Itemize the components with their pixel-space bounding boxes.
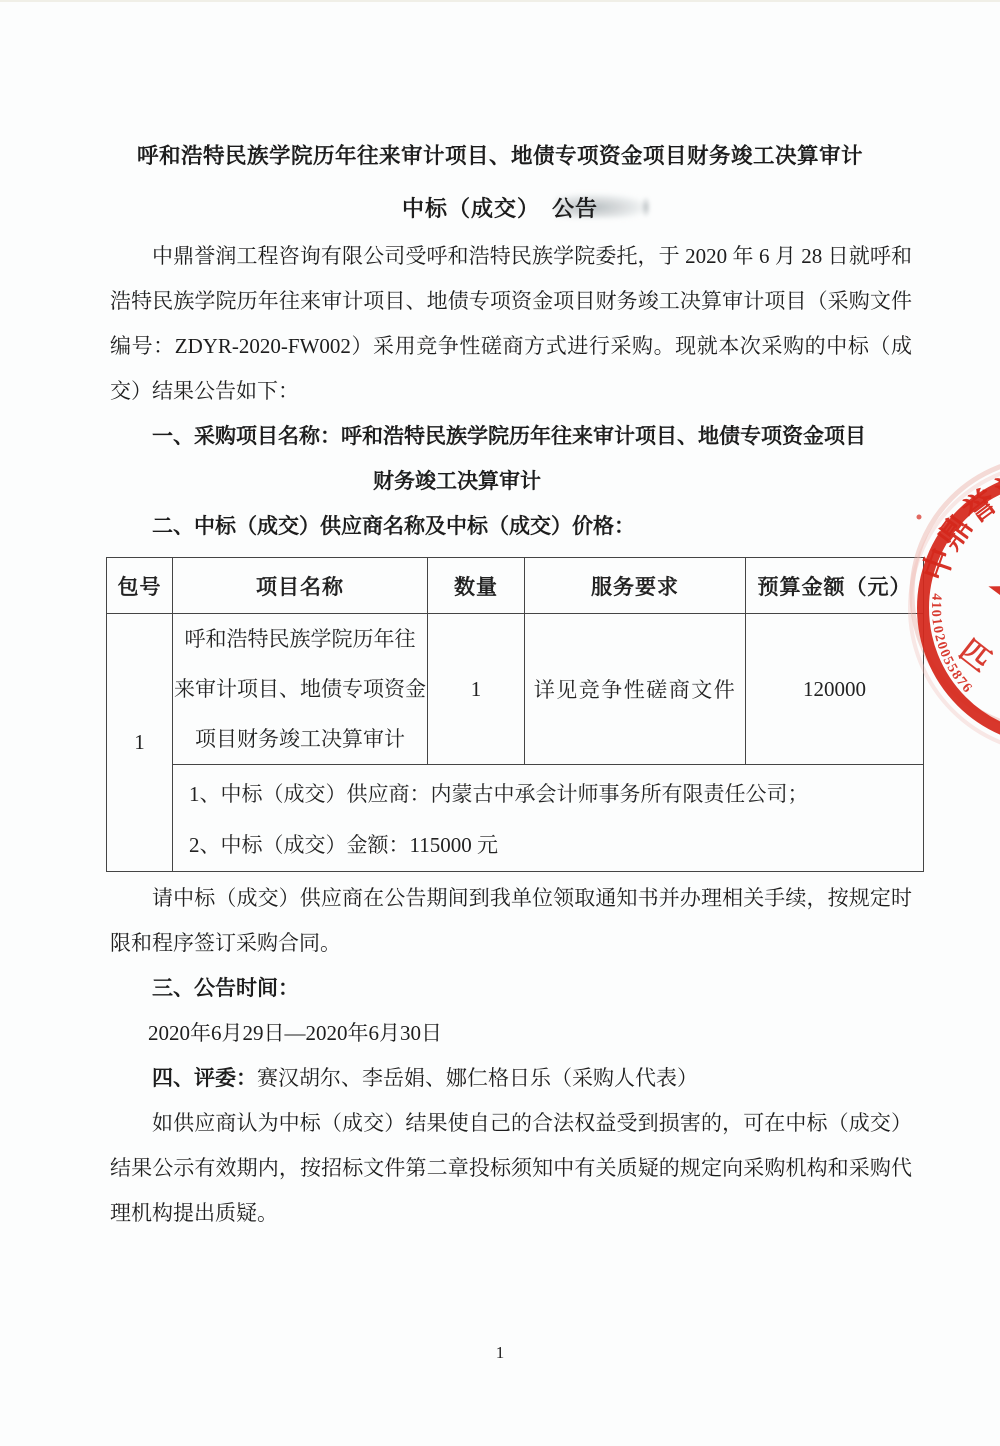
table-row: 1 呼和浩特民族学院历年往 来审计项目、地债专项资金 项目财务竣工决算审计 1 … [107, 614, 924, 765]
table-header-service-requirement: 服务要求 [525, 558, 746, 614]
section-3-label: 三、公告时间： [152, 976, 299, 1000]
table-header-row: 包号 项目名称 数量 服务要求 预算金额（元） [107, 558, 924, 614]
section-4-label: 四、评委： [152, 1066, 257, 1090]
cell-package-no: 1 [107, 614, 173, 872]
document-page: 呼和浩特民族学院历年往来审计项目、地债专项资金项目财务竣工决算审计 中标（成交）… [0, 0, 1000, 1446]
seal-star-icon [988, 538, 1000, 665]
intro-paragraph: 中鼎誉润工程咨询有限公司受呼和浩特民族学院委托，于 2020 年 6 月 28 … [110, 234, 912, 414]
table-header-budget-amount: 预算金额（元） [746, 558, 924, 614]
award-table: 包号 项目名称 数量 服务要求 预算金额（元） 1 呼和浩特民族学院历年往 来审… [106, 557, 924, 872]
cell-budget-amount: 120000 [746, 614, 924, 765]
announcement-dates: 2020年6月29日—2020年6月30日 [110, 1011, 912, 1056]
seal-ghost-ring [912, 458, 1000, 730]
seal-ring [923, 476, 1000, 740]
table-header-package-no: 包号 [107, 558, 173, 614]
section-3-line: 三、公告时间： [110, 966, 912, 1011]
award-amount-line: 2、中标（成交）金额：115000 元 [189, 820, 923, 871]
scan-top-edge [0, 0, 1000, 2]
upper-text-block: 中鼎誉润工程咨询有限公司受呼和浩特民族学院委托，于 2020 年 6 月 28 … [110, 234, 912, 549]
award-supplier-line: 1、中标（成交）供应商：内蒙古中承会计师事务所有限责任公司； [189, 769, 923, 820]
seal-bottom-char: 匹 [953, 634, 997, 678]
section-4-line: 四、评委：赛汉胡尔、李岳娟、娜仁格日乐（采购人代表） [110, 1056, 912, 1101]
section-1-line: 一、采购项目名称：呼和浩特民族学院历年往来审计项目、地债专项资金项目 [110, 414, 912, 459]
table-header-quantity: 数量 [428, 558, 525, 614]
section-2-line: 二、中标（成交）供应商名称及中标（成交）价格： [110, 504, 912, 549]
notice-paragraph: 请中标（成交）供应商在公告期间到我单位领取通知书并办理相关手续，按规定时限和程序… [110, 876, 912, 966]
section-1-label: 一、采购项目名称： [152, 424, 341, 448]
cell-award-result: 1、中标（成交）供应商：内蒙古中承会计师事务所有限责任公司； 2、中标（成交）金… [173, 765, 924, 872]
section-2-label: 二、中标（成交）供应商名称及中标（成交）价格： [152, 514, 635, 538]
dispute-paragraph: 如供应商认为中标（成交）结果使自己的合法权益受到损害的，可在中标（成交）结果公示… [110, 1101, 912, 1236]
section-1-value: 呼和浩特民族学院历年往来审计项目、地债专项资金项目 [341, 424, 866, 448]
table-header-project-name: 项目名称 [173, 558, 428, 614]
document-subtitle: 中标（成交） 公告 [0, 192, 1000, 223]
document-title: 呼和浩特民族学院历年往来审计项目、地债专项资金项目财务竣工决算审计 [0, 139, 1000, 170]
table-result-row: 1、中标（成交）供应商：内蒙古中承会计师事务所有限责任公司； 2、中标（成交）金… [107, 765, 924, 872]
cell-service-requirement: 详见竞争性磋商文件 [525, 614, 746, 765]
cell-project-name: 呼和浩特民族学院历年往 来审计项目、地债专项资金 项目财务竣工决算审计 [173, 614, 428, 765]
section-4-value: 赛汉胡尔、李岳娟、娜仁格日乐（采购人代表） [257, 1066, 698, 1090]
page-number: 1 [0, 1343, 1000, 1363]
cell-quantity: 1 [428, 614, 525, 765]
seal-code-text: 4101020055876 [928, 593, 975, 697]
section-1-value-line2: 财务竣工决算审计 [373, 459, 912, 504]
lower-text-block: 请中标（成交）供应商在公告期间到我单位领取通知书并办理相关手续，按规定时限和程序… [110, 876, 912, 1236]
seal-ink-speck [917, 515, 922, 520]
